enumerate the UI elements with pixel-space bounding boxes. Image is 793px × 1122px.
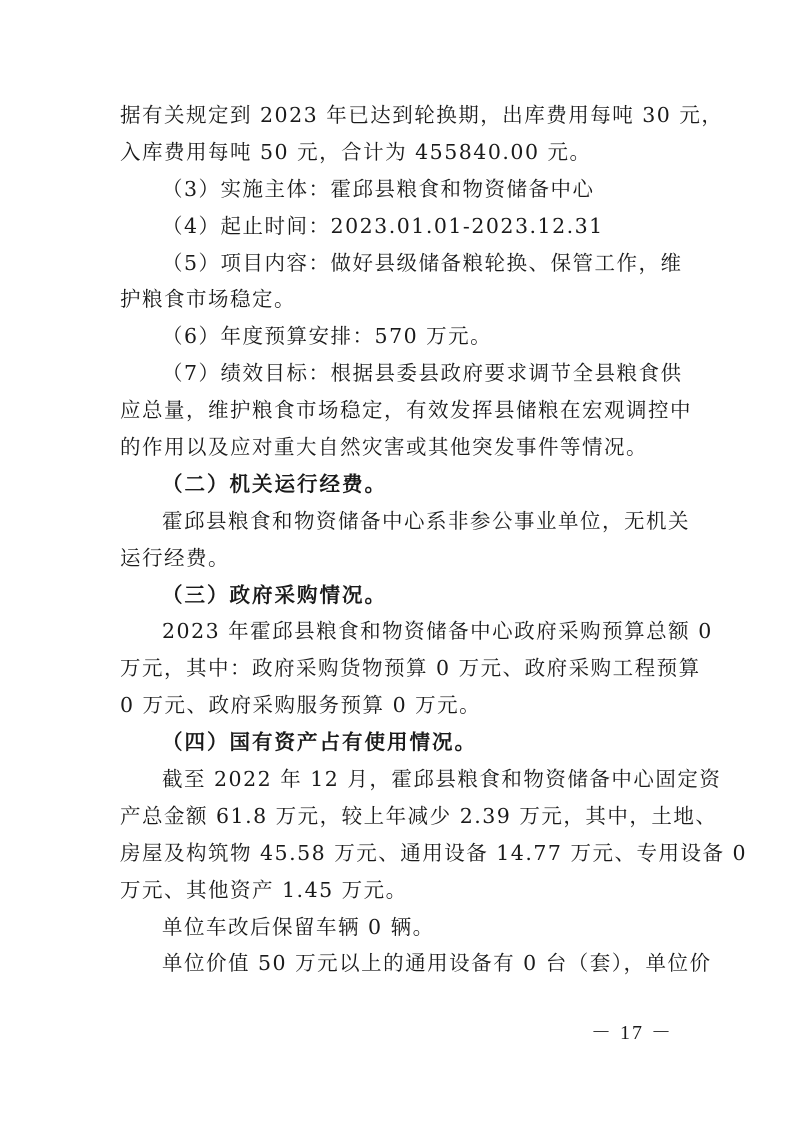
text-line: 单位车改后保留车辆 0 辆。 [120, 909, 673, 946]
text-line: 霍邱县粮食和物资储备中心系非参公事业单位，无机关 [120, 503, 673, 540]
text-line: 房屋及构筑物 45.58 万元、通用设备 14.77 万元、专用设备 0 [120, 835, 673, 872]
text-line: 的作用以及应对重大自然灾害或其他突发事件等情况。 [120, 429, 673, 466]
text-line: 万元，其中：政府采购货物预算 0 万元、政府采购工程预算 [120, 650, 673, 687]
text-line: （3）实施主体：霍邱县粮食和物资储备中心 [120, 171, 673, 208]
text-line: 入库费用每吨 50 元，合计为 455840.00 元。 [120, 134, 673, 171]
text-line: 0 万元、政府采购服务预算 0 万元。 [120, 687, 673, 724]
text-line: 产总金额 61.8 万元，较上年减少 2.39 万元，其中，土地、 [120, 798, 673, 835]
text-line: 万元、其他资产 1.45 万元。 [120, 872, 673, 909]
page-number: － 17 － [591, 1016, 673, 1045]
section-heading: （三）政府采购情况。 [120, 577, 673, 614]
text-line: 2023 年霍邱县粮食和物资储备中心政府采购预算总额 0 [120, 613, 673, 650]
text-line: （7）绩效目标：根据县委县政府要求调节全县粮食供 [120, 355, 673, 392]
text-line: 应总量，维护粮食市场稳定，有效发挥县储粮在宏观调控中 [120, 392, 673, 429]
text-line: 护粮食市场稳定。 [120, 281, 673, 318]
text-line: 截至 2022 年 12 月，霍邱县粮食和物资储备中心固定资 [120, 761, 673, 798]
text-line: 运行经费。 [120, 540, 673, 577]
text-line: 单位价值 50 万元以上的通用设备有 0 台（套），单位价 [120, 945, 673, 982]
text-line: （5）项目内容：做好县级储备粮轮换、保管工作，维 [120, 245, 673, 282]
text-line: （6）年度预算安排：570 万元。 [120, 318, 673, 355]
document-page: 据有关规定到 2023 年已达到轮换期，出库费用每吨 30 元， 入库费用每吨 … [120, 97, 673, 982]
section-heading: （二）机关运行经费。 [120, 466, 673, 503]
text-line: 据有关规定到 2023 年已达到轮换期，出库费用每吨 30 元， [120, 97, 673, 134]
section-heading: （四）国有资产占有使用情况。 [120, 724, 673, 761]
text-line: （4）起止时间：2023.01.01-2023.12.31 [120, 208, 673, 245]
